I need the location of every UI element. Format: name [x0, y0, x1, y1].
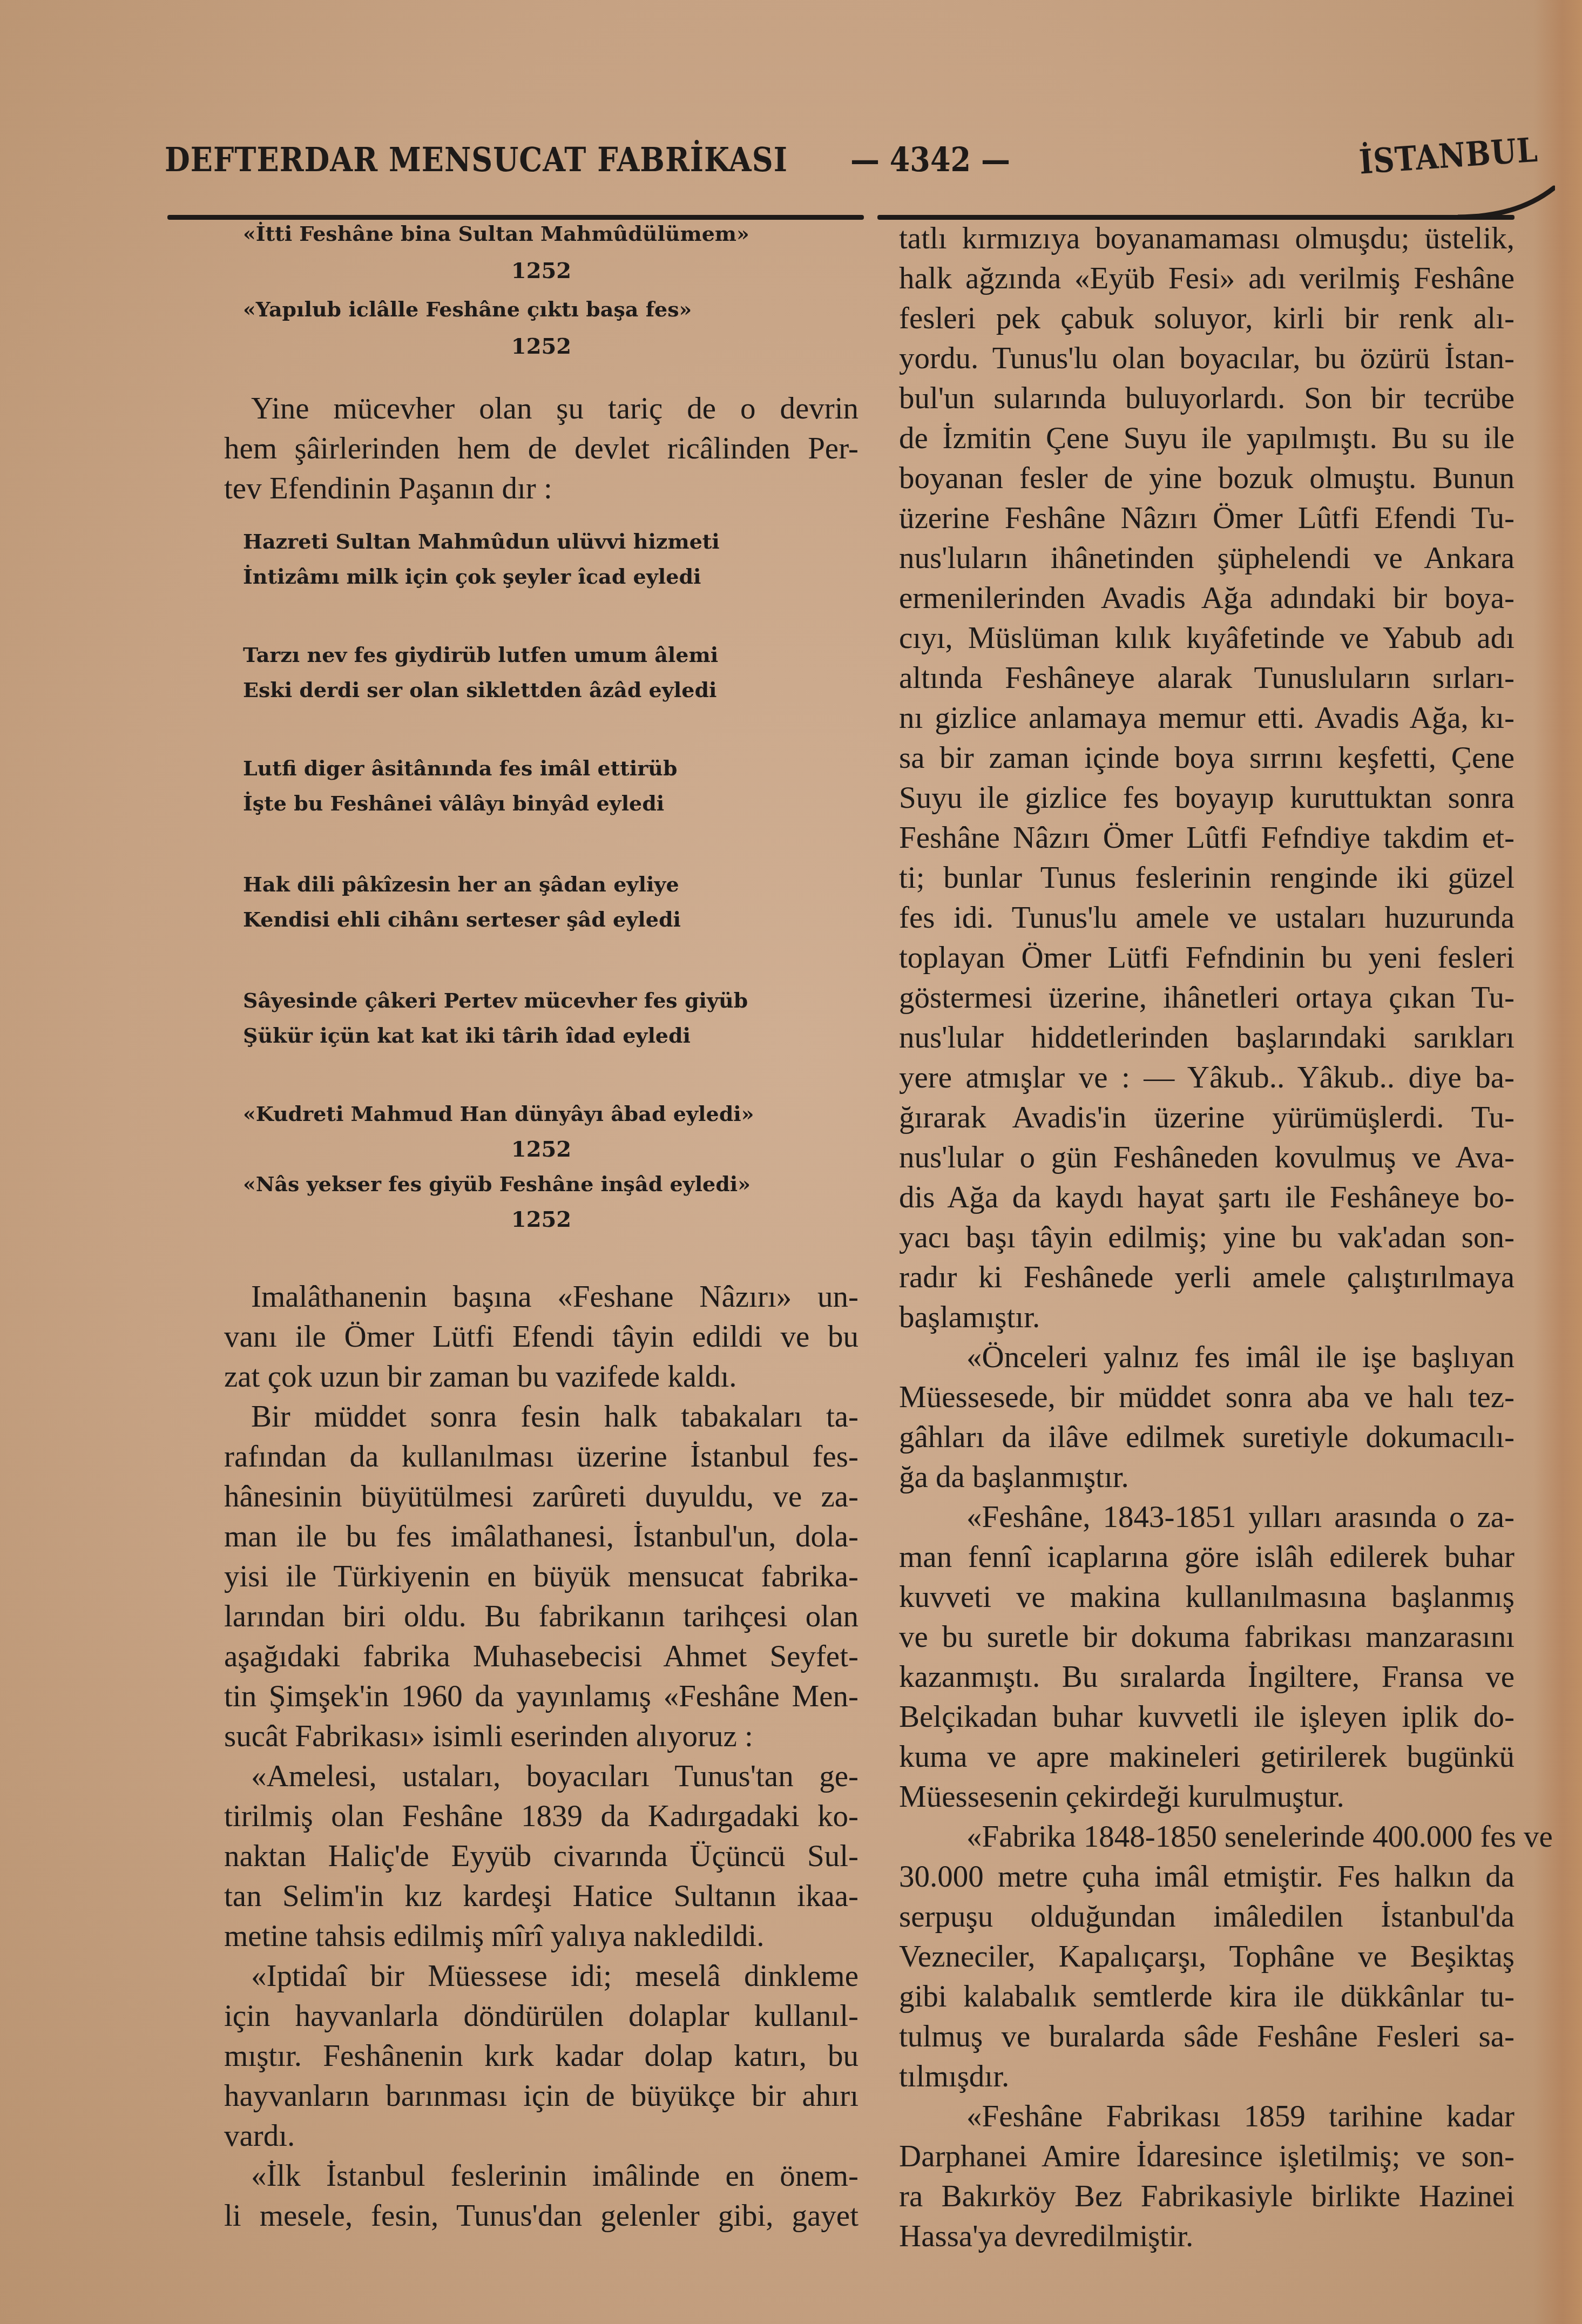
- page-number: — 4342 —: [850, 139, 1010, 179]
- text-line: Müessesede, bir müddet sonra aba ve halı…: [899, 1377, 1515, 1417]
- text-line: sucât Fabrikası» isimli eserinden alıyor…: [224, 1717, 858, 1756]
- text-line: rafından da kullanılması üzerine İstanbu…: [224, 1437, 858, 1477]
- page-edge-shadow: [1533, 0, 1582, 2324]
- inscription-year: 1252: [224, 258, 858, 283]
- text-line: «Iptidaî bir Müessese idi; meselâ dinkle…: [224, 1956, 858, 1996]
- text-line: hem şâirlerinden hem de devlet ricâlinde…: [224, 429, 858, 469]
- text-line: tılmışdır.: [899, 2057, 1515, 2097]
- text-line: zat çok uzun bir zaman bu vazifede kaldı…: [224, 1357, 858, 1397]
- text-line: «Önceleri yalnız fes imâl ile işe başlıy…: [899, 1337, 1515, 1377]
- text-line: yere atmışlar ve : — Yâkub.. Yâkub.. diy…: [899, 1058, 1515, 1098]
- inscription: «Yapılub iclâlle Feshâne çıktı başa fes»: [243, 297, 692, 321]
- text-line: halk ağzında «Eyüb Fesi» adı verilmiş Fe…: [899, 259, 1515, 299]
- poem-line: Hak dili pâkîzesin her an şâdan eyliye: [243, 872, 679, 896]
- text-line: ve bu suretle bir dokuma fabrikası manza…: [899, 1617, 1515, 1657]
- poem-line: Sâyesinde çâkeri Pertev mücevher fes giy…: [243, 988, 748, 1012]
- text-line: ti; bunlar Tunus feslerinin renginde iki…: [899, 858, 1515, 898]
- text-line: «Fabrika 1848-1850 senelerinde 400.000 f…: [899, 1817, 1515, 1857]
- text-line: Imalâthanenin başına «Feshane Nâzırı» un…: [224, 1277, 858, 1317]
- text-line: de İzmitin Çene Suyu ile yapılmıştı. Bu …: [899, 418, 1515, 458]
- text-line: kuma ve apre makineleri getirilerek bugü…: [899, 1737, 1515, 1777]
- text-line: vardı.: [224, 2116, 858, 2156]
- text-line: ğa da başlanmıştır.: [899, 1457, 1515, 1497]
- text-line: altında Feshâneye alarak Tunusluların sı…: [899, 658, 1515, 698]
- text-line: Feshâne Nâzırı Ömer Lûtfi Fefndiye takdi…: [899, 818, 1515, 858]
- text-line: «Feshâne Fabrikası 1859 tarihine kadar: [899, 2097, 1515, 2137]
- text-line: ğırarak Avadis'in üzerine yürümüşlerdi. …: [899, 1098, 1515, 1138]
- text-line: yisi ile Türkiyenin en büyük mensucat fa…: [224, 1557, 858, 1597]
- poem-line: İntizâmı milk için çok şeyler îcad eyled…: [243, 564, 701, 589]
- header-rule-left: [167, 215, 864, 220]
- running-header: DEFTERDAR MENSUCAT FABRİKASI — 4342 — İS…: [165, 135, 1536, 184]
- text-line: serpuşu olduğundan imâledilen İstanbul'd…: [899, 1897, 1515, 1937]
- text-line: sa bir zaman içinde boya sırrını keşfett…: [899, 738, 1515, 778]
- text-line: gibi kalabalık semtlerde kira ile dükkân…: [899, 1977, 1515, 2017]
- poem-line: Şükür içün kat kat iki târih îdad eyledi: [243, 1023, 691, 1048]
- poem-line: İşte bu Feshânei vâlâyı binyâd eyledi: [243, 791, 664, 815]
- text-line: başlamıştır.: [899, 1298, 1515, 1337]
- text-line: ra Bakırköy Bez Fabrikasiyle birlikte Ha…: [899, 2177, 1515, 2217]
- text-line: Darphanei Amire İdaresince işletilmiş; v…: [899, 2137, 1515, 2177]
- text-line: tirilmiş olan Feshâne 1839 da Kadırgadak…: [224, 1796, 858, 1836]
- text-line: ermenilerinden Avadis Ağa adındaki bir b…: [899, 578, 1515, 618]
- text-line: Yine mücevher olan şu tariç de o devrin: [224, 389, 858, 429]
- intro-paragraph: Yine mücevher olan şu tariç de o devrin …: [224, 389, 858, 509]
- text-line: radır ki Feshânede yerli amele çalıştırı…: [899, 1258, 1515, 1298]
- text-line: 30.000 metre çuha imâl etmiştir. Fes hal…: [899, 1857, 1515, 1897]
- text-line: nus'lular o gün Feshâneden kovulmuş ve A…: [899, 1138, 1515, 1178]
- text-line: Vezneciler, Kapalıçarşı, Tophâne ve Beşi…: [899, 1937, 1515, 1977]
- text-line: hânesinin büyütülmesi zarûreti duyuldu, …: [224, 1477, 858, 1517]
- text-line: nus'luların ihânetinden şüphelendi ve An…: [899, 538, 1515, 578]
- header-left-title: DEFTERDAR MENSUCAT FABRİKASI: [165, 139, 788, 179]
- inscription: «Kudreti Mahmud Han dünyâyı âbad eyledi»: [243, 1102, 754, 1126]
- text-line: naktan Haliç'de Eyyüb civarında Üçüncü S…: [224, 1836, 858, 1876]
- inscription: «İtti Feshâne bina Sultan Mahmûdülümem»: [243, 221, 749, 246]
- text-line: mıştır. Feshânenin kırk kadar dolap katı…: [224, 2036, 858, 2076]
- text-line: Bir müddet sonra fesin halk tabakaları t…: [224, 1397, 858, 1437]
- text-line: Suyu ile gizlice fes boyayıp kuruttuktan…: [899, 778, 1515, 818]
- text-line: «Amelesi, ustaları, boyacıları Tunus'tan…: [224, 1756, 858, 1796]
- poem-line: Lutfi diger âsitânında fes imâl ettirüb: [243, 756, 678, 780]
- text-line: li mesele, fesin, Tunus'dan gelenler gib…: [224, 2196, 858, 2236]
- text-line: vanı ile Ömer Lütfi Efendi tâyin edildi …: [224, 1317, 858, 1357]
- text-line: tatlı kırmızıya boyanamaması olmuşdu; üs…: [899, 219, 1515, 259]
- text-line: bul'un sularında buluyorlardı. Son bir t…: [899, 379, 1515, 418]
- header-right-title: İSTANBUL: [1357, 130, 1539, 182]
- poem-line: Eski derdi ser olan siklettden âzâd eyle…: [243, 678, 716, 702]
- text-line: dis Ağa da kaydı hayat şartı ile Feshâne…: [899, 1178, 1515, 1218]
- text-line: göstermesi üzerine, ihânetleri ortaya çı…: [899, 978, 1515, 1018]
- text-line: toplayan Ömer Lütfi Fefndinin bu yeni fe…: [899, 938, 1515, 978]
- text-line: «İlk İstanbul feslerinin imâlinde en öne…: [224, 2156, 858, 2196]
- text-line: boyanan fesler de yine bozuk olmuştu. Bu…: [899, 458, 1515, 498]
- body-paragraphs: tatlı kırmızıya boyanamaması olmuşdu; üs…: [899, 219, 1515, 2257]
- text-line: man fennî icaplarına göre islâh edilerek…: [899, 1537, 1515, 1577]
- text-line: aşağıdaki fabrika Muhasebecisi Ahmet Sey…: [224, 1637, 858, 1677]
- text-line: gâhları da ilâve edilmek suretiyle dokum…: [899, 1417, 1515, 1457]
- text-line: larından biri oldu. Bu fabrikanın tarihç…: [224, 1597, 858, 1637]
- text-line: metine tahsis edilmiş mîrî yalıya nakled…: [224, 1916, 858, 1956]
- text-line: Belçikadan buhar kuvvetli ile işleyen ip…: [899, 1697, 1515, 1737]
- text-line: hayvanların barınması için de büyükçe bi…: [224, 2076, 858, 2116]
- text-line: için hayvanlarla döndürülen dolaplar kul…: [224, 1996, 858, 2036]
- body-paragraphs: Imalâthanenin başına «Feshane Nâzırı» un…: [224, 1277, 858, 2236]
- text-line: cıyı, Müslüman kılık kıyâfetinde ve Yabu…: [899, 618, 1515, 658]
- text-line: «Feshâne, 1843-1851 yılları arasında o z…: [899, 1497, 1515, 1537]
- inscription: «Nâs yekser fes giyüb Feshâne inşâd eyle…: [243, 1172, 751, 1196]
- text-line: fes idi. Tunus'lu amele ve ustaları huzu…: [899, 898, 1515, 938]
- text-line: üzerine Feshâne Nâzırı Ömer Lûtfi Efendi…: [899, 498, 1515, 538]
- text-line: kazanmıştı. Bu sıralarda İngiltere, Fran…: [899, 1657, 1515, 1697]
- text-line: tin Şimşek'in 1960 da yayınlamış «Feshân…: [224, 1677, 858, 1717]
- text-line: kuvveti ve makina kullanılmasına başlanm…: [899, 1577, 1515, 1617]
- text-line: man ile bu fes imâlathanesi, İstanbul'un…: [224, 1517, 858, 1557]
- inscription-year: 1252: [224, 1207, 858, 1232]
- text-line: tan Selim'in kız kardeşi Hatice Sultanın…: [224, 1876, 858, 1916]
- text-line: yordu. Tunus'lu olan boyacılar, bu özürü…: [899, 339, 1515, 379]
- poem-line: Hazreti Sultan Mahmûdun ulüvvi hizmeti: [243, 529, 720, 553]
- poem-line: Tarzı nev fes giydirüb lutfen umum âlemi: [243, 643, 718, 667]
- text-line: nus'lular hiddetlerinden başlarındaki sa…: [899, 1018, 1515, 1058]
- text-line: nı gizlice anlamaya memur etti. Avadis A…: [899, 698, 1515, 738]
- inscription-year: 1252: [224, 1137, 858, 1162]
- text-line: fesleri pek çabuk soluyor, kirli bir ren…: [899, 299, 1515, 339]
- text-line: tev Efendinin Paşanın dır :: [224, 469, 858, 509]
- text-line: Hassa'ya devredilmiştir.: [899, 2217, 1515, 2257]
- poem-line: Kendisi ehli cihânı serteser şâd eyledi: [243, 907, 681, 931]
- text-line: Müessesenin çekirdeği kurulmuştur.: [899, 1777, 1515, 1817]
- text-line: yacı başı tâyin edilmiş; yine bu vak'ada…: [899, 1218, 1515, 1258]
- inscription-year: 1252: [224, 334, 858, 359]
- text-line: tulmuş ve buralarda sâde Feshâne Fesleri…: [899, 2017, 1515, 2057]
